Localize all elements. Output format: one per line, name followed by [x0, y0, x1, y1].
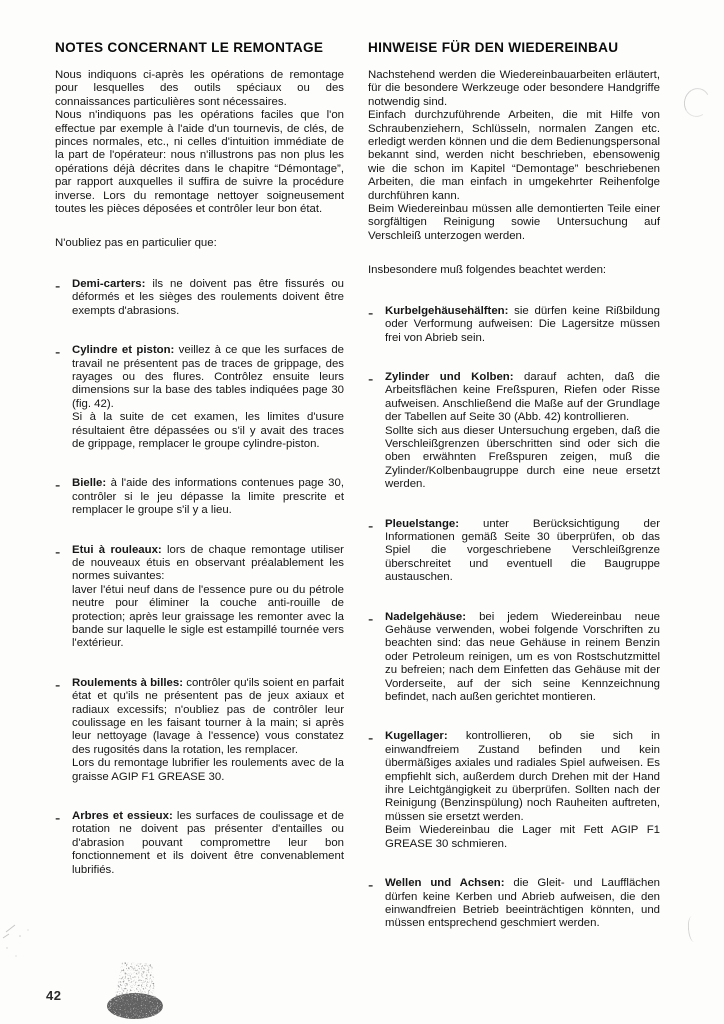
list-item-text: Bielle: à l'aide des informations conten… [72, 477, 344, 517]
list-item-text: Kurbelgehäusehälften: sie dürfen keine R… [385, 305, 660, 345]
list-item-term: Bielle: [72, 477, 111, 489]
page-number: 42 [46, 988, 61, 1003]
list-item-term: Wellen und Achsen: [385, 877, 513, 889]
german-item-list: -Kurbelgehäusehälften: sie dürfen keine … [368, 305, 660, 931]
list-item-term: Arbres et essieux: [72, 810, 177, 822]
paragraph: Nachstehend werden die Wiedereinbauarbei… [368, 69, 660, 109]
list-item-text: Arbres et essieux: les surfaces de couli… [72, 810, 344, 877]
list-item-dash: - [55, 278, 72, 318]
list-item-dash: - [368, 518, 385, 585]
list-item-term: Nadelgehäuse: [385, 611, 479, 623]
list-item: -Nadelgehäuse: bei jedem Wiedereinbau ne… [368, 611, 660, 705]
list-item: -Kurbelgehäusehälften: sie dürfen keine … [368, 305, 660, 345]
list-item: -Bielle: à l'aide des informations conte… [55, 477, 344, 517]
list-item-dash: - [368, 305, 385, 345]
manual-page: NOTES CONCERNANT LE REMONTAGE Nous indiq… [0, 0, 724, 1024]
list-item-text: Kugellager: kontrollieren, ob sie sich i… [385, 730, 660, 851]
list-item-term: Demi-carters: [72, 278, 152, 290]
list-item-dash: - [368, 877, 385, 931]
list-item-text: Zylinder und Kolben: darauf achten, daß … [385, 371, 660, 492]
column-german: HINWEISE FÜR DEN WIEDEREINBAU Nachstehen… [368, 40, 660, 957]
list-item-text: Pleuelstange: unter Berücksichtigung der… [385, 518, 660, 585]
paragraph: Nous n'indiquons pas les opérations faci… [55, 109, 344, 216]
paragraph: Einfach durchzuführende Arbeiten, die mi… [368, 109, 660, 203]
list-item-term: Zylinder und Kolben: [385, 371, 524, 383]
list-item: -Cylindre et piston: veillez à ce que le… [55, 344, 344, 451]
paragraph: Nous indiquons ci-après les opérations d… [55, 69, 344, 109]
list-item: -Demi-carters: ils ne doivent pas être f… [55, 278, 344, 318]
french-note: N'oubliez pas en particulier que: [55, 237, 344, 250]
french-title: NOTES CONCERNANT LE REMONTAGE [55, 40, 344, 56]
german-title: HINWEISE FÜR DEN WIEDEREINBAU [368, 40, 660, 56]
list-item-text: Etui à rouleaux: lors de chaque remontag… [72, 544, 344, 651]
list-item-dash: - [55, 344, 72, 451]
paragraph: Beim Wiedereinbau müssen alle demontiert… [368, 203, 660, 243]
list-item-text: Nadelgehäuse: bei jedem Wiedereinbau neu… [385, 611, 660, 705]
faint-circle-mark [681, 85, 713, 119]
list-item-dash: - [368, 371, 385, 492]
list-item-dash: - [55, 477, 72, 517]
german-note: Insbesondere muß folgendes beachtet werd… [368, 264, 660, 277]
list-item-term: Pleuelstange: [385, 518, 483, 530]
list-item-term: Cylindre et piston: [72, 344, 179, 356]
list-item: -Roulements à billes: contrôler qu'ils s… [55, 677, 344, 784]
list-item: -Etui à rouleaux: lors de chaque remonta… [55, 544, 344, 651]
list-item: -Wellen und Achsen: die Gleit- und Lauff… [368, 877, 660, 931]
list-item: -Kugellager: kontrollieren, ob sie sich … [368, 730, 660, 851]
list-item-text: Roulements à billes: contrôler qu'ils so… [72, 677, 344, 784]
list-item-text: Demi-carters: ils ne doivent pas être fi… [72, 278, 344, 318]
list-item-term: Kugellager: [385, 730, 466, 742]
french-intro: Nous indiquons ci-après les opérations d… [55, 69, 344, 216]
french-item-list: -Demi-carters: ils ne doivent pas être f… [55, 278, 344, 877]
ink-blot-mark [100, 960, 174, 1022]
list-item-dash: - [368, 730, 385, 851]
list-item-term: Etui à rouleaux: [72, 544, 167, 556]
faint-paren-mark [687, 916, 699, 943]
list-item-dash: - [368, 611, 385, 705]
list-item-term: Roulements à billes: [72, 677, 186, 689]
corner-speckle-mark [0, 922, 46, 970]
list-item: -Pleuelstange: unter Berücksichtigung de… [368, 518, 660, 585]
list-item: -Arbres et essieux: les surfaces de coul… [55, 810, 344, 877]
list-item-text: Cylindre et piston: veillez à ce que les… [72, 344, 344, 451]
list-item-dash: - [55, 544, 72, 651]
list-item-term: Kurbelgehäusehälften: [385, 305, 514, 317]
list-item-dash: - [55, 677, 72, 784]
list-item-text: Wellen und Achsen: die Gleit- und Lauffl… [385, 877, 660, 931]
list-item-dash: - [55, 810, 72, 877]
list-item: -Zylinder und Kolben: darauf achten, daß… [368, 371, 660, 492]
column-french: NOTES CONCERNANT LE REMONTAGE Nous indiq… [55, 40, 344, 903]
german-intro: Nachstehend werden die Wiedereinbauarbei… [368, 69, 660, 243]
